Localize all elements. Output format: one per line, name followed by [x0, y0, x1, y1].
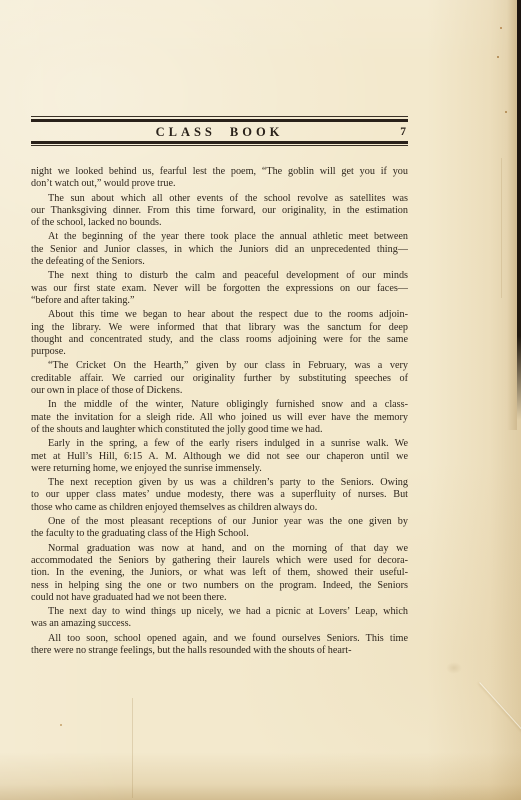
text-line: “The Cricket On the Hearth,” given by ou…	[31, 360, 408, 372]
paragraph: Early in the spring, a few of the early …	[31, 438, 408, 475]
foxing-speck	[60, 724, 62, 726]
paragraph: The sun about which all other events of …	[31, 193, 408, 230]
text-line: were returning home, we enjoyed the sunr…	[31, 463, 408, 475]
paragraph: night we looked behind us, fearful lest …	[31, 166, 408, 191]
text-line: mate the invitation for a sleigh ride. A…	[31, 412, 408, 424]
paragraph: About this time we began to hear about t…	[31, 309, 408, 358]
page-number: 7	[400, 126, 406, 138]
text-line: could not have graduated had we not been…	[31, 592, 408, 604]
text-line: One of the most pleasant receptions of o…	[31, 516, 408, 528]
text-line: those who came as children enjoyed thems…	[31, 502, 408, 514]
book-page: CLASS BOOK 7 night we looked behind us, …	[0, 0, 521, 800]
paragraph: “The Cricket On the Hearth,” given by ou…	[31, 360, 408, 397]
header-rule-thin-bottom	[31, 145, 408, 146]
text-line: the Senior and Junior classes, in which …	[31, 244, 408, 256]
text-line: At the beginning of the year there took …	[31, 231, 408, 243]
paragraph: At the beginning of the year there took …	[31, 231, 408, 268]
corner-curl	[479, 682, 521, 735]
text-line: met at Hull’s Hill, 6:15 A. M. Although …	[31, 451, 408, 463]
paper-smudge	[446, 662, 462, 674]
text-line: to our upper class mates’ undue modesty,…	[31, 489, 408, 501]
paragraph: Normal graduation was now at hand, and o…	[31, 543, 408, 604]
text-line: don’t watch out,” would prove true.	[31, 178, 408, 190]
text-line: The next day to wind things up nicely, w…	[31, 606, 408, 618]
paragraph: In the middle of the winter, Nature obli…	[31, 399, 408, 436]
paper-crease	[132, 698, 133, 798]
text-line: The next thing to disturb the calm and p…	[31, 270, 408, 282]
text-line: purpose.	[31, 346, 408, 358]
paragraph: The next day to wind things up nicely, w…	[31, 606, 408, 631]
text-line: was an amazing success.	[31, 618, 408, 630]
paragraph: The next thing to disturb the calm and p…	[31, 270, 408, 307]
scan-edge-dark-strip	[517, 0, 521, 420]
paragraph: All too soon, school opened again, and w…	[31, 633, 408, 658]
page-title: CLASS BOOK	[31, 125, 408, 140]
text-line: our Thanksgiving dinner. From this time …	[31, 205, 408, 217]
text-line: ing the library. We were informed that t…	[31, 322, 408, 334]
page-body: night we looked behind us, fearful lest …	[31, 166, 408, 659]
text-line: “before and after taking.”	[31, 295, 408, 307]
page-edge-shadow	[507, 0, 517, 430]
paragraph: One of the most pleasant receptions of o…	[31, 516, 408, 541]
text-line: creditable affair. We carried our origin…	[31, 373, 408, 385]
text-line: our own in place of those of Dickens.	[31, 385, 408, 397]
text-line: The sun about which all other events of …	[31, 193, 408, 205]
foxing-speck	[500, 27, 502, 29]
text-line: there were no strange feelings, but the …	[31, 645, 408, 657]
text-line: of the school, lacked no bounds.	[31, 217, 408, 229]
running-head: CLASS BOOK 7	[31, 116, 408, 146]
paper-crease	[501, 158, 502, 298]
text-line: the defeating of the Seniors.	[31, 256, 408, 268]
foxing-speck	[505, 111, 507, 113]
text-line: thought and concentrated study, and the …	[31, 334, 408, 346]
paragraph: The next reception given by us was a chi…	[31, 477, 408, 514]
text-line: tion. In the evening, the Juniors, or wh…	[31, 567, 408, 579]
text-line: All too soon, school opened again, and w…	[31, 633, 408, 645]
text-line: the faculty to the graduating class of t…	[31, 528, 408, 540]
text-line: The next reception given by us was a chi…	[31, 477, 408, 489]
text-line: In the middle of the winter, Nature obli…	[31, 399, 408, 411]
text-line: night we looked behind us, fearful lest …	[31, 166, 408, 178]
text-line: accommodated the Seniors by gathering th…	[31, 555, 408, 567]
foxing-speck	[497, 56, 499, 58]
text-line: Normal graduation was now at hand, and o…	[31, 543, 408, 555]
text-line: ness in helping sing the one or two numb…	[31, 580, 408, 592]
text-line: About this time we began to hear about t…	[31, 309, 408, 321]
text-line: of the shouts and laughter which constit…	[31, 424, 408, 436]
text-line: Early in the spring, a few of the early …	[31, 438, 408, 450]
text-line: was our first state exam. Never will be …	[31, 283, 408, 295]
